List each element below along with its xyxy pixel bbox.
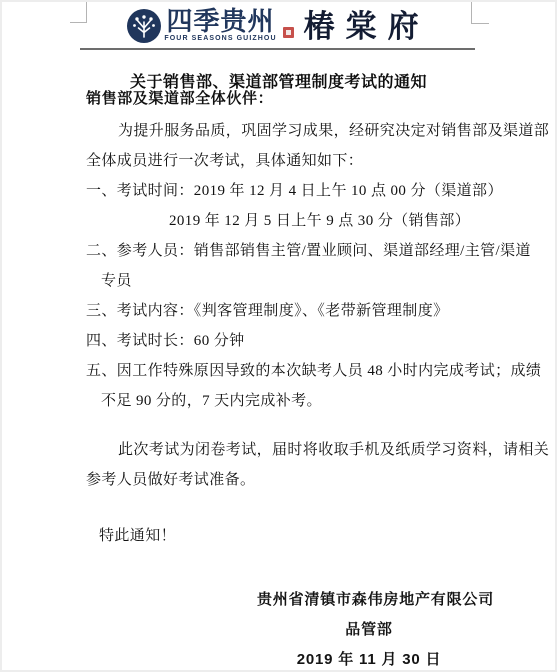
brand-name-english: FOUR SEASONS GUIZHOU bbox=[164, 35, 276, 43]
four-seasons-tree-emblem-icon bbox=[127, 9, 161, 43]
brand-name-chinese: 四季贵州 bbox=[164, 7, 276, 35]
brand-block: 四季贵州 FOUR SEASONS GUIZHOU bbox=[164, 7, 276, 43]
header-divider bbox=[80, 48, 475, 50]
signature-block: 贵州省清镇市森伟房地产有限公司 品管部 2019 年 11 月 30 日 bbox=[257, 585, 481, 672]
item-2-participants-line-1: 二、参考人员：销售部销售主管/置业顾问、渠道部经理/主管/渠道 bbox=[86, 239, 531, 260]
final-note: 特此通知！ bbox=[99, 524, 176, 545]
signature-company: 贵州省清镇市森伟房地产有限公司 bbox=[257, 585, 481, 615]
item-5-makeup-rule-line-2: 不足 90 分的，7 天内完成补考。 bbox=[101, 389, 322, 410]
notice-title: 关于销售部、渠道部管理制度考试的通知 bbox=[2, 69, 555, 92]
item-4-exam-duration: 四、考试时长：60 分钟 bbox=[86, 329, 245, 350]
item-5-makeup-rule-line-1: 五、因工作特殊原因导致的本次缺考人员 48 小时内完成考试；成绩 bbox=[86, 359, 541, 380]
item-3-exam-content: 三、考试内容：《判客管理制度》、《老带新管理制度》 bbox=[86, 299, 449, 320]
item-1-exam-time-line-1: 一、考试时间：2019 年 12 月 4 日上午 10 点 00 分（渠道部） bbox=[86, 179, 503, 200]
letterhead: 四季贵州 FOUR SEASONS GUIZHOU 椿棠府 bbox=[2, 7, 555, 47]
closing-line-2: 参考人员做好考试准备。 bbox=[86, 468, 255, 489]
project-name-calligraphy: 椿棠府 bbox=[304, 7, 430, 47]
intro-line-1: 为提升服务品质，巩固学习成果，经研究决定对销售部及渠道部 bbox=[118, 119, 549, 140]
document-page: 四季贵州 FOUR SEASONS GUIZHOU 椿棠府 关于销售部、渠道部管… bbox=[0, 0, 557, 672]
intro-line-2: 全体成员进行一次考试，具体通知如下： bbox=[86, 149, 363, 170]
item-2-participants-line-2: 专员 bbox=[101, 269, 132, 290]
signature-date: 2019 年 11 月 30 日 bbox=[257, 645, 481, 672]
salutation: 销售部及渠道部全体伙伴： bbox=[86, 87, 273, 108]
item-1-exam-time-line-2: 2019 年 12 月 5 日上午 9 点 30 分（销售部） bbox=[169, 209, 470, 230]
signature-department: 品管部 bbox=[257, 615, 481, 645]
red-seal-stamp-icon bbox=[283, 27, 294, 38]
closing-line-1: 此次考试为闭卷考试，届时将收取手机及纸质学习资料，请相关 bbox=[118, 438, 549, 459]
